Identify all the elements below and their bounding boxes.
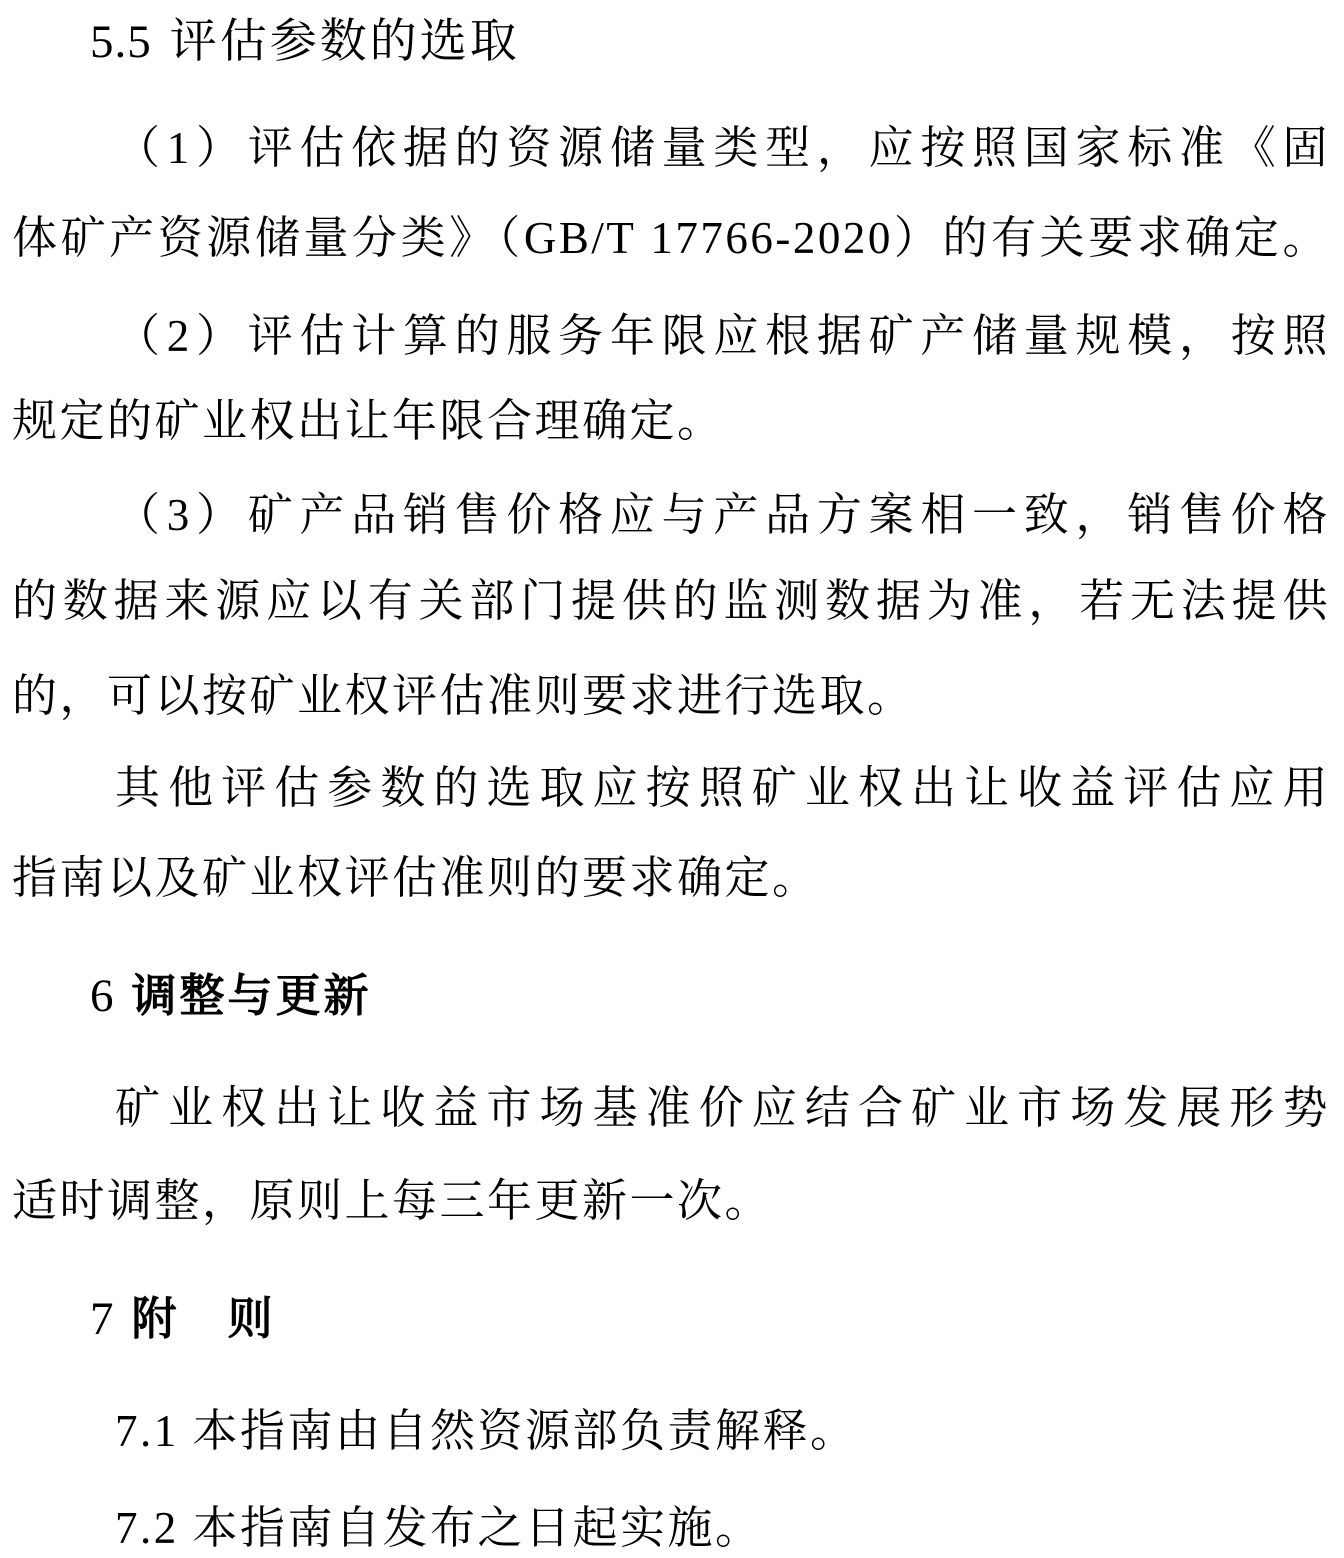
- paragraph-5-line-1: 矿业权出让收益市场基准价应结合矿业市场发展形势: [12, 1086, 1330, 1131]
- section-number-6: 6: [90, 970, 114, 1022]
- paragraph-3-line-2: 的数据来源应以有关部门提供的监测数据为准，若无法提供: [12, 579, 1330, 624]
- paragraph-5-line-2: 适时调整，原则上每三年更新一次。: [12, 1179, 1330, 1224]
- paragraph-3-line-3: 的，可以按矿业权评估准则要求进行选取。: [12, 674, 1330, 719]
- paragraph-4-line-1: 其他评估参数的选取应按照矿业权出让收益评估应用: [12, 766, 1330, 811]
- paragraph-4-line-2: 指南以及矿业权评估准则的要求确定。: [12, 856, 1330, 901]
- section-heading-5-5: 5.5评估参数的选取: [12, 19, 1330, 66]
- clause-7-2: 7.2 本指南自发布之日起实施。: [12, 1506, 1330, 1551]
- section-heading-7: 7附 则: [12, 1296, 1330, 1343]
- section-title-5-5: 评估参数的选取: [170, 16, 520, 68]
- section-heading-6: 6调整与更新: [12, 973, 1330, 1020]
- section-number-5-5: 5.5: [90, 16, 152, 68]
- section-title-6: 调整与更新: [132, 970, 372, 1021]
- clause-7-1: 7.1 本指南由自然资源部负责解释。: [12, 1409, 1330, 1454]
- paragraph-1-line-2: 体矿产资源储量分类》（GB/T 17766-2020）的有关要求确定。: [12, 216, 1330, 261]
- document-page: 5.5评估参数的选取 （1）评估依据的资源储量类型，应按照国家标准《固 体矿产资…: [0, 0, 1344, 1558]
- paragraph-2-line-2: 规定的矿业权出让年限合理确定。: [12, 399, 1330, 444]
- section-title-7: 附 则: [132, 1293, 276, 1344]
- paragraph-3-line-1: （3）矿产品销售价格应与产品方案相一致，销售价格: [12, 493, 1330, 538]
- paragraph-1-line-1: （1）评估依据的资源储量类型，应按照国家标准《固: [12, 126, 1330, 171]
- section-number-7: 7: [90, 1293, 114, 1345]
- paragraph-2-line-1: （2）评估计算的服务年限应根据矿产储量规模，按照: [12, 314, 1330, 359]
